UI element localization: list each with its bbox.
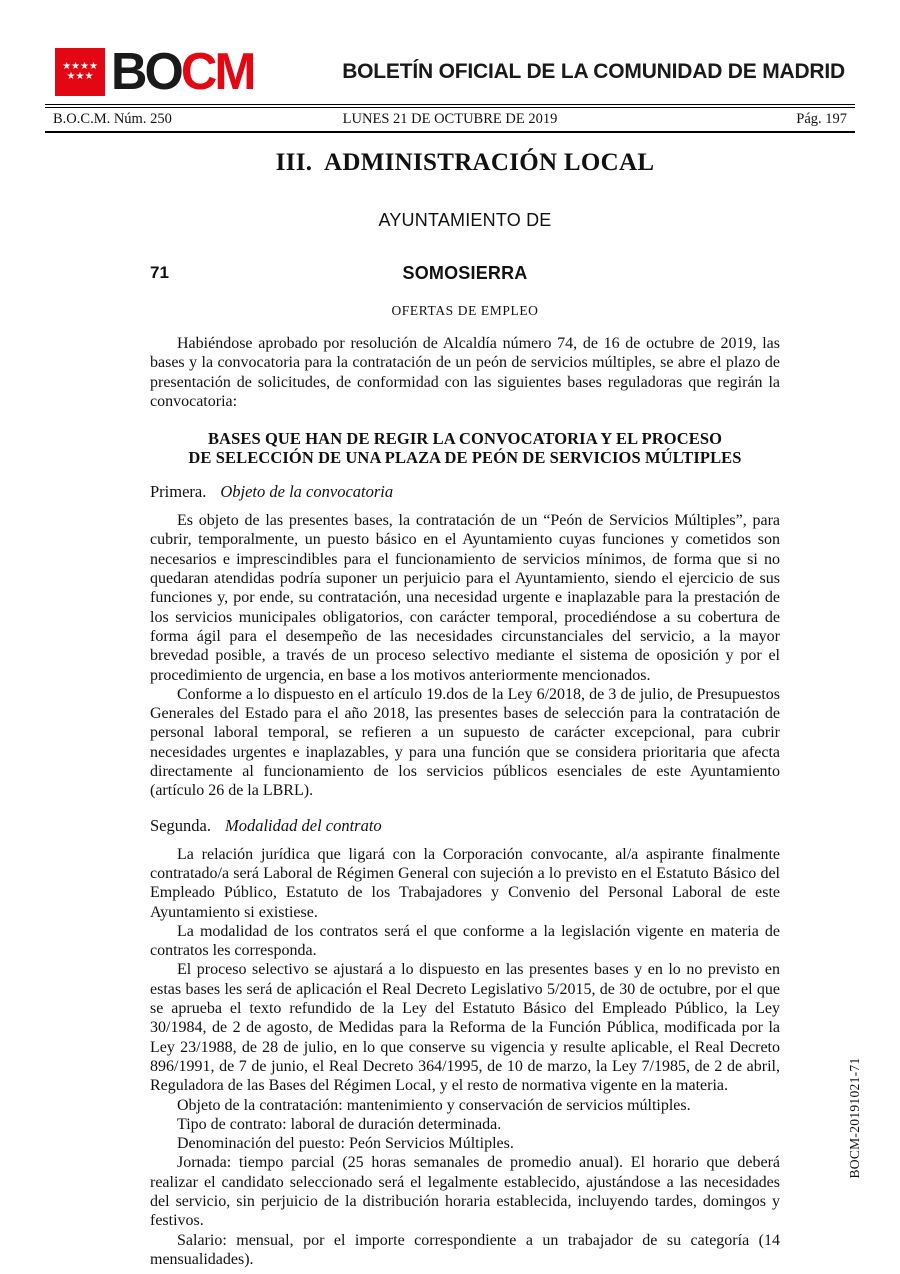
paragraph: Denominación del puesto: Peón Servicios … (150, 1134, 780, 1153)
document-code-vertical: BOCM-20191021-71 (847, 1053, 863, 1183)
paragraph: Es objeto de las presentes bases, la con… (150, 511, 780, 685)
paragraph: Objeto de la contratación: mantenimiento… (150, 1096, 780, 1115)
intro-paragraph: Habiéndose aprobado por resolución de Al… (150, 334, 780, 411)
bocm-page: ★★★★ ★★★ BOCM BOLETÍN OFICIAL DE LA COMU… (0, 0, 900, 1274)
issue-date: LUNES 21 DE OCTUBRE DE 2019 (45, 111, 855, 128)
paragraph: Salario: mensual, por el importe corresp… (150, 1231, 780, 1270)
wordmark-cm: CM (181, 43, 254, 101)
meta-bar: LUNES 21 DE OCTUBRE DE 2019 B.O.C.M. Núm… (45, 104, 855, 133)
bases-title-line1: BASES QUE HAN DE REGIR LA CONVOCATORIA Y… (150, 429, 780, 448)
bases-title: BASES QUE HAN DE REGIR LA CONVOCATORIA Y… (150, 429, 780, 467)
section-subtitle: Objeto de la convocatoria (220, 482, 393, 501)
paragraph: Jornada: tiempo parcial (25 horas semana… (150, 1153, 780, 1230)
paragraph: La relación jurídica que ligará con la C… (150, 845, 780, 922)
section-heading-primera: Primera.Objeto de la convocatoria (150, 482, 780, 502)
paragraph: La modalidad de los contratos será el qu… (150, 922, 780, 961)
paragraph: Tipo de contrato: laboral de duración de… (150, 1115, 780, 1134)
bocm-wordmark: BOCM (111, 48, 253, 96)
section-label: Primera. (150, 482, 206, 501)
paragraph: Conforme a lo dispuesto en el artículo 1… (150, 685, 780, 801)
bocm-logo: ★★★★ ★★★ BOCM (55, 48, 258, 96)
municipality-row: 71 SOMOSIERRA (150, 263, 780, 284)
madrid-flag-icon: ★★★★ ★★★ (55, 48, 105, 96)
wordmark-bo: BO (111, 43, 181, 101)
section-title: III. ADMINISTRACIÓN LOCAL (150, 149, 780, 177)
document-body: III. ADMINISTRACIÓN LOCAL AYUNTAMIENTO D… (150, 149, 780, 1269)
bases-title-line2: DE SELECCIÓN DE UNA PLAZA DE PEÓN DE SER… (150, 448, 780, 467)
section-subtitle: Modalidad del contrato (225, 816, 382, 835)
masthead-title: BOLETÍN OFICIAL DE LA COMUNIDAD DE MADRI… (342, 60, 845, 84)
section-heading-segunda: Segunda.Modalidad del contrato (150, 816, 780, 836)
org-name: AYUNTAMIENTO DE (150, 210, 780, 231)
municipality-name: SOMOSIERRA (150, 263, 780, 284)
section-label: Segunda. (150, 816, 211, 835)
page-header: ★★★★ ★★★ BOCM BOLETÍN OFICIAL DE LA COMU… (0, 46, 900, 98)
item-number: 71 (150, 263, 169, 283)
notice-type: OFERTAS DE EMPLEO (150, 303, 780, 319)
paragraph: El proceso selectivo se ajustará a lo di… (150, 960, 780, 1095)
flag-stars-bottom: ★★★ (67, 72, 94, 82)
